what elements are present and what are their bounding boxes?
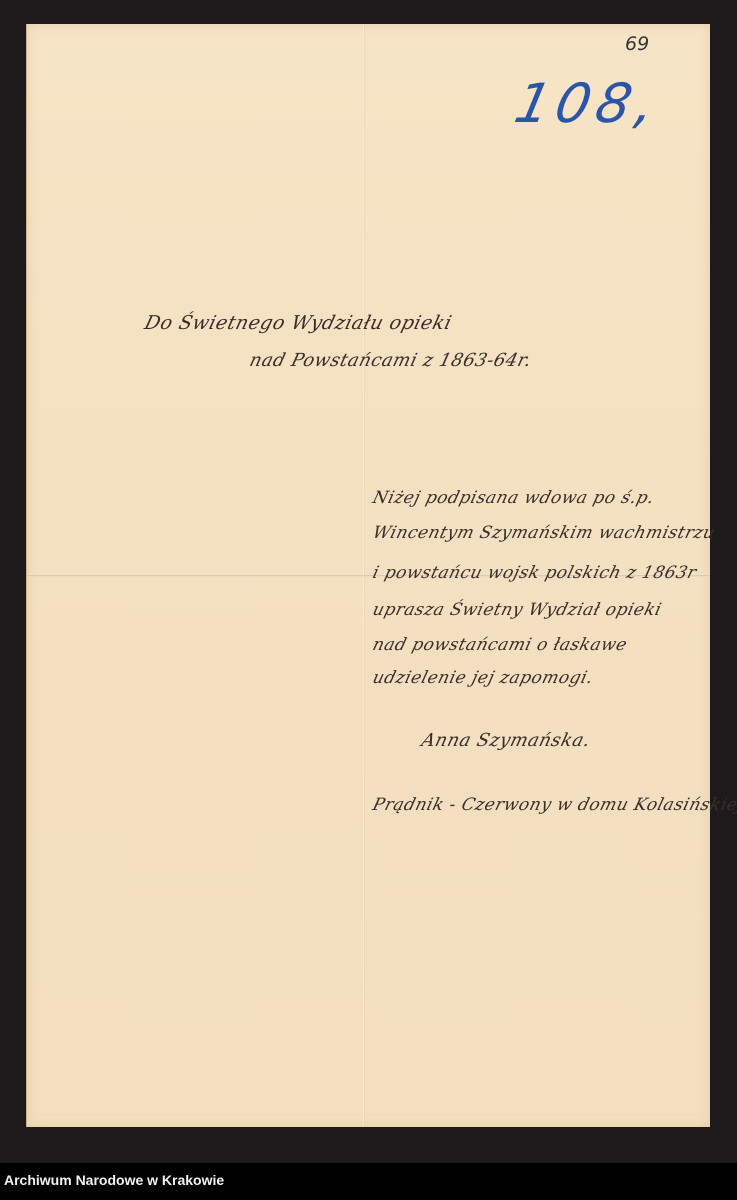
addressee-line-1: Do Świetnego Wydziału opieki [142,312,454,334]
addressee-line-2: nad Powstańcami z 1863-64r. [247,350,533,371]
item-number: 108, [509,72,667,135]
body-line: udzielenie jej zapomogi. [371,668,596,688]
archive-name-label: Archiwum Narodowe w Krakowie [4,1172,224,1188]
footer-bar: Archiwum Narodowe w Krakowie [0,1163,737,1200]
signature: Anna Szymańska. [419,730,592,751]
body-line: uprasza Świetny Wydział opieki [371,600,664,620]
scan-area: 69 108, Do Świetnego Wydziału opieki nad… [0,0,737,1163]
body-line: Niżej podpisana wdowa po ś.p. [371,488,657,508]
vertical-fold-line [363,24,365,1127]
body-line: i powstańcu wojsk polskich z 1863r [371,563,699,583]
body-line: nad powstańcami o łaskawe [371,635,630,655]
sender-address: Prądnik - Czerwony w domu Kolasińskiej [371,795,737,815]
body-line: Wincentym Szymańskim wachmistrzu [371,523,718,543]
archive-page-number: 69 [625,33,649,55]
